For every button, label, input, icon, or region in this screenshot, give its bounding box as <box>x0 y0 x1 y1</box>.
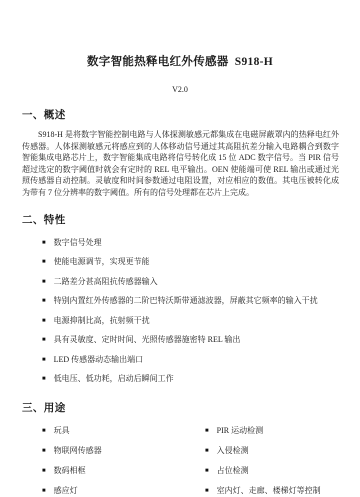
application-label: 感应灯 <box>54 486 78 495</box>
application-label: 数码相框 <box>54 466 86 475</box>
feature-item-label: 电源抑制比高，抗射频干扰 <box>54 316 150 325</box>
list-item: ■数字信号处理 <box>42 237 360 251</box>
bullet-icon: ■ <box>42 374 46 386</box>
section-heading-features: 二、特性 <box>22 212 360 227</box>
list-item: ■使能电源调节，实现更节能 <box>42 256 360 270</box>
bullet-icon: ■ <box>205 446 209 458</box>
applications-right-column: ■PIR 运动检测 ■入侵检测 ■占位检测 ■室内灯、走廊、楼梯灯等控制 <box>205 425 321 497</box>
feature-item-label: LED 传感器动态输出端口 <box>54 355 144 364</box>
section-heading-applications: 三、用途 <box>22 400 360 415</box>
application-label: 室内灯、走廊、楼梯灯等控制 <box>217 486 321 495</box>
bullet-icon: ■ <box>42 257 46 269</box>
bullet-icon: ■ <box>42 446 46 458</box>
application-label: 物联网传感器 <box>54 446 102 455</box>
list-item: ■特别内置红外传感器的二阶巴特沃斯带通滤波器，屏蔽其它频率的输入干扰 <box>42 295 360 309</box>
application-label: 玩具 <box>54 426 70 435</box>
list-item: ■玩具 <box>42 425 205 439</box>
bullet-icon: ■ <box>42 466 46 478</box>
feature-item-label: 具有灵敏度、定时时间、光照传感器施密特 REL 输出 <box>54 335 241 344</box>
feature-item-label: 特别内置红外传感器的二阶巴特沃斯带通滤波器，屏蔽其它频率的输入干扰 <box>54 296 318 305</box>
application-label: PIR 运动检测 <box>217 426 263 435</box>
list-item: ■具有灵敏度、定时时间、光照传感器施密特 REL 输出 <box>42 334 360 348</box>
bullet-icon: ■ <box>42 426 46 438</box>
applications-left-column: ■玩具 ■物联网传感器 ■数码相框 ■感应灯 <box>42 425 205 497</box>
applications-columns: ■玩具 ■物联网传感器 ■数码相框 ■感应灯 ■PIR 运动检测 ■入侵检测 ■… <box>0 425 360 497</box>
list-item: ■二路差分甚高阻抗传感器输入 <box>42 276 360 290</box>
list-item: ■电源抑制比高，抗射频干扰 <box>42 315 360 329</box>
document-version: V2.0 <box>0 85 360 94</box>
application-label: 占位检测 <box>217 466 249 475</box>
list-item: ■LED 传感器动态输出端口 <box>42 354 360 368</box>
feature-item-label: 低电压、低功耗，启动后瞬间工作 <box>54 374 174 383</box>
bullet-icon: ■ <box>42 316 46 328</box>
list-item: ■PIR 运动检测 <box>205 425 321 439</box>
list-item: ■室内灯、走廊、楼梯灯等控制 <box>205 485 321 497</box>
bullet-icon: ■ <box>205 426 209 438</box>
list-item: ■感应灯 <box>42 485 205 497</box>
bullet-icon: ■ <box>42 238 46 250</box>
list-item: ■入侵检测 <box>205 445 321 459</box>
feature-item-label: 二路差分甚高阻抗传感器输入 <box>54 277 158 286</box>
overview-paragraph: S918-H 是将数字智能控制电路与人体探测敏感元都集成在电磁屏蔽罩内的热释电红… <box>22 129 339 199</box>
list-item: ■物联网传感器 <box>42 445 205 459</box>
bullet-icon: ■ <box>42 355 46 367</box>
bullet-icon: ■ <box>205 466 209 478</box>
application-label: 入侵检测 <box>217 446 249 455</box>
list-item: ■占位检测 <box>205 465 321 479</box>
bullet-icon: ■ <box>42 277 46 289</box>
list-item: ■数码相框 <box>42 465 205 479</box>
bullet-icon: ■ <box>205 486 209 497</box>
bullet-icon: ■ <box>42 486 46 497</box>
document-page: 数字智能热释电红外传感器 S918-H V2.0 一、概述 S918-H 是将数… <box>0 0 360 497</box>
feature-item-label: 使能电源调节，实现更节能 <box>54 257 150 266</box>
bullet-icon: ■ <box>42 296 46 308</box>
page-title: 数字智能热释电红外传感器 S918-H <box>0 0 360 69</box>
feature-list: ■数字信号处理 ■使能电源调节，实现更节能 ■二路差分甚高阻抗传感器输入 ■特别… <box>0 237 360 387</box>
section-heading-overview: 一、概述 <box>22 107 360 122</box>
list-item: ■低电压、低功耗，启动后瞬间工作 <box>42 373 360 387</box>
bullet-icon: ■ <box>42 335 46 347</box>
feature-item-label: 数字信号处理 <box>54 238 102 247</box>
